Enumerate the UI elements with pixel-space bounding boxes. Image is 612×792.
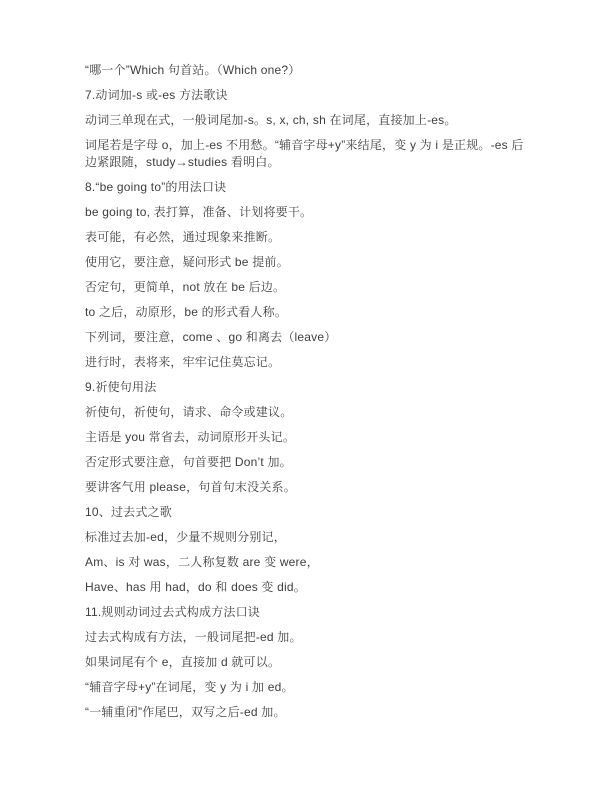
- text-line: “辅音字母+y”在词尾，变 y 为 i 加 ed。: [85, 679, 528, 696]
- section-heading: 9.祈使句用法: [85, 379, 528, 396]
- text-line: 进行时，表将来，牢牢记住莫忘记。: [85, 354, 528, 371]
- text-line: “一辅重闭”作尾巴，双写之后-ed 加。: [85, 704, 528, 721]
- section-heading: 11.规则动词过去式构成方法口诀: [85, 604, 528, 621]
- text-line: 标准过去加-ed，少量不规则分别记，: [85, 529, 528, 546]
- text-line: 否定形式要注意，句首要把 Don’t 加。: [85, 454, 528, 471]
- text-line: 如果词尾有个 e，直接加 d 就可以。: [85, 654, 528, 671]
- section-heading: 7.动词加-s 或-es 方法歌诀: [85, 87, 528, 104]
- text-line: 词尾若是字母 o，加上-es 不用愁。“辅音字母+y”来结尾，变 y 为 i 是…: [85, 137, 528, 171]
- text-line: 下列词，要注意，come 、go 和离去（leave）: [85, 329, 528, 346]
- text-line: “哪一个”Which 句首站。（Which one?）: [85, 62, 528, 79]
- text-line: 过去式构成有方法，一般词尾把-ed 加。: [85, 629, 528, 646]
- text-line: Have、has 用 had，do 和 does 变 did。: [85, 579, 528, 596]
- section-heading: 8.“be going to”的用法口诀: [85, 179, 528, 196]
- text-line: 否定句，更简单，not 放在 be 后边。: [85, 279, 528, 296]
- text-line: 使用它，要注意，疑问形式 be 提前。: [85, 254, 528, 271]
- text-line: 祈使句，祈使句，请求、命令或建议。: [85, 404, 528, 421]
- text-line: 要讲客气用 please，句首句末没关系。: [85, 479, 528, 496]
- section-heading: 10、过去式之歌: [85, 504, 528, 521]
- text-line: 主语是 you 常省去，动词原形开头记。: [85, 429, 528, 446]
- text-line: be going to, 表打算，准备、计划将要干。: [85, 204, 528, 221]
- text-line: Am、is 对 was，二人称复数 are 变 were，: [85, 554, 528, 571]
- document-page: “哪一个”Which 句首站。（Which one?）7.动词加-s 或-es …: [0, 0, 612, 792]
- text-line: 动词三单现在式，一般词尾加-s。s, x, ch, sh 在词尾，直接加上-es…: [85, 112, 528, 129]
- document-content: “哪一个”Which 句首站。（Which one?）7.动词加-s 或-es …: [85, 62, 528, 729]
- text-line: 表可能，有必然，通过现象来推断。: [85, 229, 528, 246]
- text-line: to 之后，动原形，be 的形式看人称。: [85, 304, 528, 321]
